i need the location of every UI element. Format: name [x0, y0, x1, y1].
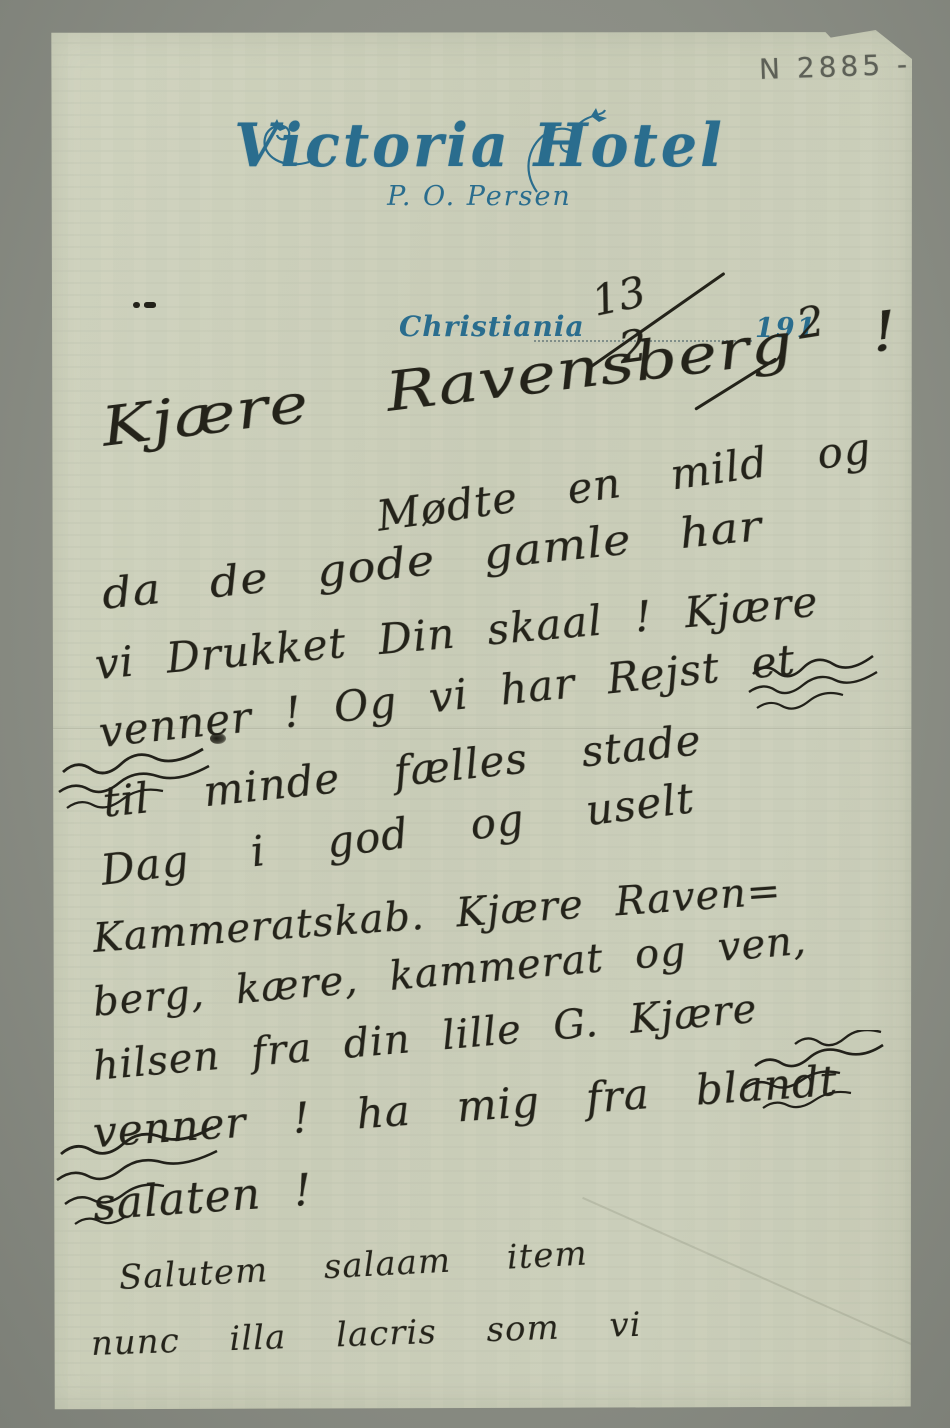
proprietor-name: P. O. Persen: [47, 181, 912, 212]
hotel-name: Victoria Hotel: [234, 110, 725, 180]
ink-mark: [133, 300, 159, 310]
handwriting-line: salaten !: [91, 1165, 314, 1231]
latin-line: Salutem salaam item: [118, 1233, 589, 1298]
letter-page: N 2885 -2 Victoria Hotel P. O. Persen Ch…: [47, 30, 912, 1410]
latin-line: nunc illa lacris som vi: [90, 1305, 642, 1364]
archive-number: N 2885 -2: [758, 47, 912, 86]
ink-blotch: [210, 733, 226, 744]
letterhead: Victoria Hotel P. O. Persen: [47, 112, 912, 212]
